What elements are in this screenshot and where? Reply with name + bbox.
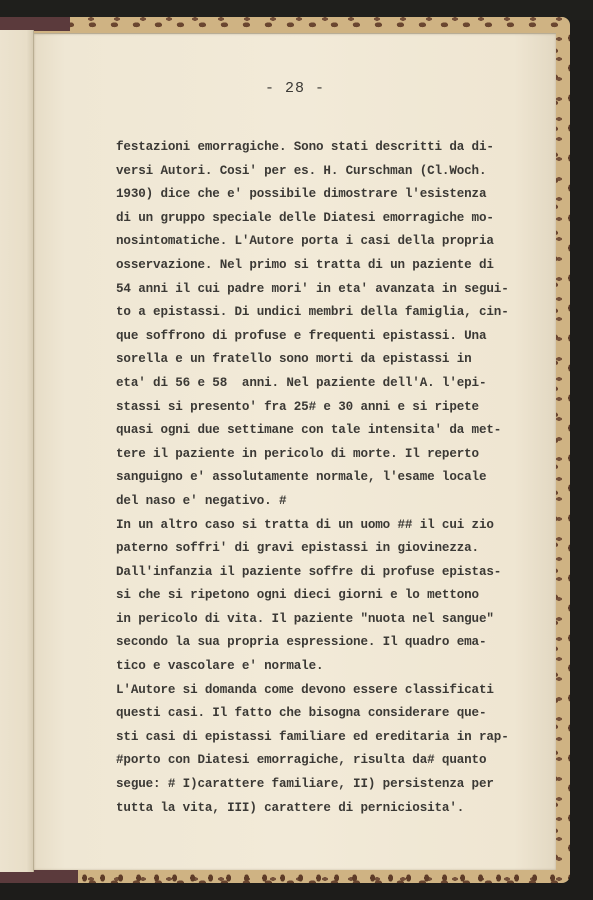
text-line: si che si ripetono ogni dieci giorni e l…: [116, 584, 546, 608]
typewritten-text-block: festazioni emorragiche. Sono stati descr…: [116, 136, 546, 820]
text-line: tico e vascolare e' normale.: [116, 655, 546, 679]
text-line: festazioni emorragiche. Sono stati descr…: [116, 136, 546, 160]
text-line: quasi ogni due settimane con tale intens…: [116, 419, 546, 443]
text-line: questi casi. Il fatto che bisogna consid…: [116, 702, 546, 726]
text-line: nosintomatiche. L'Autore porta i casi de…: [116, 230, 546, 254]
document-page: - 28 - festazioni emorragiche. Sono stat…: [34, 33, 556, 870]
page-number: - 28 -: [34, 80, 556, 97]
text-line: del naso e' negativo. #: [116, 490, 546, 514]
text-line: paterno soffri' di gravi epistassi in gi…: [116, 537, 546, 561]
text-line: sanguigno e' assolutamente normale, l'es…: [116, 466, 546, 490]
text-line: sti casi di epistassi familiare ed eredi…: [116, 726, 546, 750]
text-line: L'Autore si domanda come devono essere c…: [116, 679, 546, 703]
text-line: In un altro caso si tratta di un uomo ##…: [116, 514, 546, 538]
text-line: segue: # I)carattere familiare, II) pers…: [116, 773, 546, 797]
text-line: eta' di 56 e 58 anni. Nel paziente dell'…: [116, 372, 546, 396]
book-cover-spine-top: [0, 17, 70, 31]
text-line: tutta la vita, III) carattere di pernici…: [116, 797, 546, 821]
text-line: Dall'infanzia il paziente soffre di prof…: [116, 561, 546, 585]
text-line: di un gruppo speciale delle Diatesi emor…: [116, 207, 546, 231]
previous-page-edge: [0, 30, 34, 872]
text-line: 1930) dice che e' possibile dimostrare l…: [116, 183, 546, 207]
text-line: versi Autori. Cosi' per es. H. Curschman…: [116, 160, 546, 184]
text-line: 54 anni il cui padre mori' in eta' avanz…: [116, 278, 546, 302]
text-line: #porto con Diatesi emorragiche, risulta …: [116, 749, 546, 773]
text-line: osservazione. Nel primo si tratta di un …: [116, 254, 546, 278]
text-line: secondo la sua propria espressione. Il q…: [116, 631, 546, 655]
text-line: que soffrono di profuse e frequenti epis…: [116, 325, 546, 349]
text-line: tere il paziente in pericolo di morte. I…: [116, 443, 546, 467]
text-line: in pericolo di vita. Il paziente "nuota …: [116, 608, 546, 632]
text-line: to a epistassi. Di undici membri della f…: [116, 301, 546, 325]
text-line: sorella e un fratello sono morti da epis…: [116, 348, 546, 372]
text-line: stassi si presento' fra 25# e 30 anni e …: [116, 396, 546, 420]
